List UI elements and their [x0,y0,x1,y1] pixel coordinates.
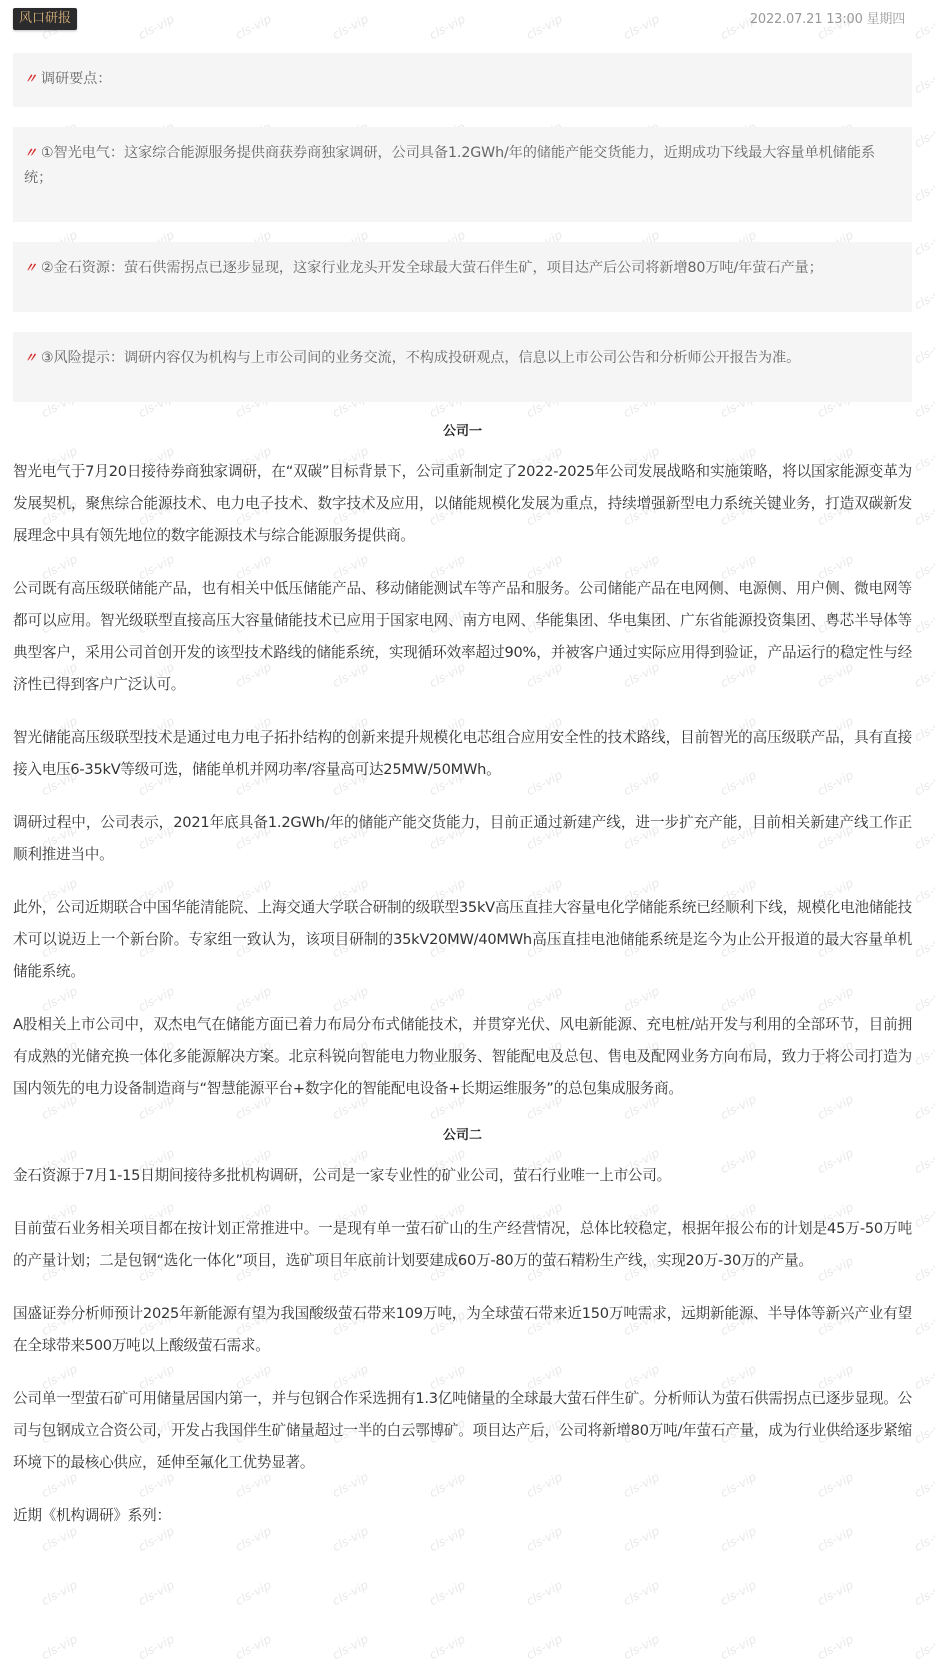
watermark-text: cls-vip [912,336,935,366]
summary-item-box: 〃②金石资源：萤石供需拐点已逐步显现，这家行业龙头开发全球最大萤石伴生矿，项目达… [13,242,912,312]
article-header: 风口研报 2022.07.21 13:00 星期四 [13,0,912,40]
watermark-text: cls-vip [912,12,935,42]
column-tag-badge[interactable]: 风口研报 [13,8,77,30]
watermark-text: cls-vip [912,984,935,1014]
section-title: 公司一 [13,422,912,442]
watermark-text: cls-vip [912,1146,935,1176]
watermark-text: cls-vip [912,768,935,798]
section-company-one: 公司一 智光电气于7月20日接待券商独家调研，在“双碳”目标背景下，公司重新制定… [13,422,912,1105]
paragraph: 此外，公司近期联合中国华能清能院、上海交通大学联合研制的级联型35kV高压直挂大… [13,892,912,988]
watermark-text: cls-vip [912,120,935,150]
paragraph: 金石资源于7月1-15日期间接待多批机构调研，公司是一家专业性的矿业公司，萤石行… [13,1160,912,1192]
summary-heading: 调研要点： [41,71,111,87]
paragraph: A股相关上市公司中，双杰电气在储能方面已着力布局分布式储能技术，并贯穿光伏、风电… [13,1009,912,1105]
watermark-text: cls-vip [718,1578,759,1608]
watermark-text: cls-vip [912,876,935,906]
paragraph: 公司既有高压级联储能产品，也有相关中低压储能产品、移动储能测试车等产品和服务。公… [13,573,912,701]
watermark-text: cls-vip [912,1524,935,1554]
watermark-text: cls-vip [912,444,935,474]
paragraph: 智光电气于7月20日接待券商独家调研，在“双碳”目标背景下，公司重新制定了202… [13,456,912,552]
watermark-text: cls-vip [815,1632,856,1662]
watermark-text: cls-vip [912,174,935,204]
watermark-text: cls-vip [912,714,935,744]
watermark-text: cls-vip [136,1632,177,1662]
watermark-text: cls-vip [718,1632,759,1662]
watermark-text: cls-vip [912,1092,935,1122]
watermark-text: cls-vip [427,1578,468,1608]
paragraph: 智光储能高压级联型技术是通过电力电子拓扑结构的创新来提升规模化电芯组合应用安全性… [13,722,912,786]
paragraph: 公司单一型萤石矿可用储量居国内第一，并与包钢合作采选拥有1.3亿吨储量的全球最大… [13,1383,912,1479]
watermark-text: cls-vip [621,1632,662,1662]
section-company-two: 公司二 金石资源于7月1-15日期间接待多批机构调研，公司是一家专业性的矿业公司… [13,1126,912,1479]
watermark-text: cls-vip [233,1578,274,1608]
watermark-text: cls-vip [912,1632,935,1662]
quote-mark-icon: 〃 [24,72,37,87]
watermark-text: cls-vip [912,498,935,528]
watermark-text: cls-vip [912,930,935,960]
summary-item-box: 〃①智光电气：这家综合能源服务提供商获券商独家调研，公司具备1.2GWh/年的储… [13,127,912,222]
watermark-text: cls-vip [427,1632,468,1662]
watermark-text: cls-vip [912,822,935,852]
article-page: 风口研报 2022.07.21 13:00 星期四 〃调研要点： 〃①智光电气：… [13,0,912,1553]
watermark-text: cls-vip [330,1578,371,1608]
watermark-text: cls-vip [912,1200,935,1230]
watermark-text: cls-vip [912,1578,935,1608]
section-title: 公司二 [13,1126,912,1146]
watermark-text: cls-vip [912,1254,935,1284]
watermark-text: cls-vip [912,1416,935,1446]
watermark-text: cls-vip [912,282,935,312]
watermark-text: cls-vip [912,1038,935,1068]
watermark-text: cls-vip [912,660,935,690]
watermark-text: cls-vip [39,1578,80,1608]
watermark-text: cls-vip [912,66,935,96]
watermark-text: cls-vip [524,1632,565,1662]
paragraph: 国盛证券分析师预计2025年新能源有望为我国酸级萤石带来109万吨，为全球萤石带… [13,1298,912,1362]
watermark-text: cls-vip [912,606,935,636]
quote-mark-icon: 〃 [24,146,37,161]
watermark-text: cls-vip [912,1470,935,1500]
watermark-text: cls-vip [912,1362,935,1392]
series-label: 近期《机构调研》系列： [13,1500,912,1532]
watermark-text: cls-vip [136,1578,177,1608]
paragraph: 调研过程中，公司表示，2021年底具备1.2GWh/年的储能产能交货能力，目前正… [13,807,912,871]
watermark-text: cls-vip [330,1632,371,1662]
publish-datetime: 2022.07.21 13:00 星期四 [750,10,905,30]
watermark-text: cls-vip [912,552,935,582]
summary-heading-box: 〃调研要点： [13,53,912,107]
summary-item-text: ②金石资源：萤石供需拐点已逐步显现，这家行业龙头开发全球最大萤石伴生矿，项目达产… [41,260,823,276]
watermark-text: cls-vip [912,390,935,420]
quote-mark-icon: 〃 [24,261,37,276]
summary-item-box: 〃③风险提示：调研内容仅为机构与上市公司间的业务交流，不构成投研观点，信息以上市… [13,332,912,402]
watermark-text: cls-vip [912,228,935,258]
paragraph: 目前萤石业务相关项目都在按计划正常推进中。一是现有单一萤石矿山的生产经营情况，总… [13,1213,912,1277]
watermark-text: cls-vip [815,1578,856,1608]
watermark-text: cls-vip [912,1308,935,1338]
watermark-text: cls-vip [39,1632,80,1662]
watermark-text: cls-vip [621,1578,662,1608]
summary-item-text: ③风险提示：调研内容仅为机构与上市公司间的业务交流，不构成投研观点，信息以上市公… [41,350,800,366]
quote-mark-icon: 〃 [24,351,37,366]
watermark-text: cls-vip [233,1632,274,1662]
watermark-text: cls-vip [524,1578,565,1608]
summary-item-text: ①智光电气：这家综合能源服务提供商获券商独家调研，公司具备1.2GWh/年的储能… [24,145,875,186]
